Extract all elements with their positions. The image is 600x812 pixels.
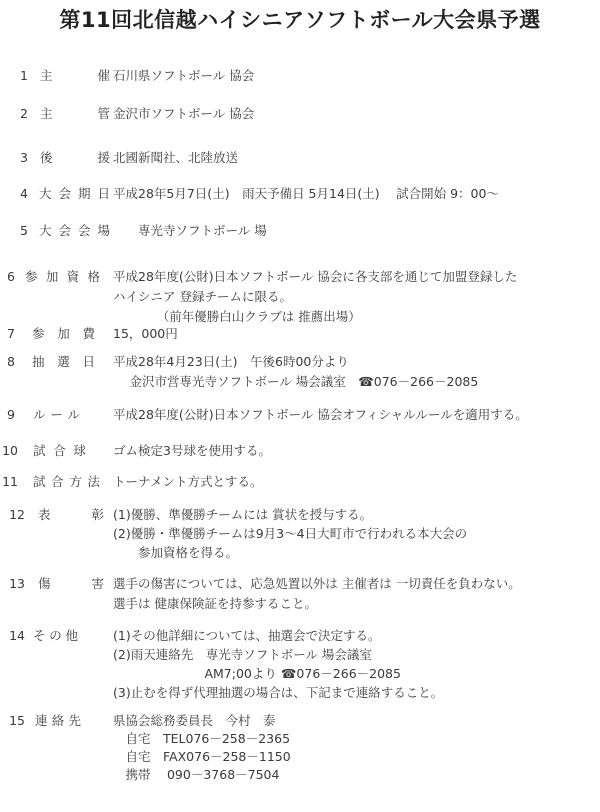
item-label: 参加費 xyxy=(32,324,95,343)
document-page: 第11回北信越ハイシニアソフトボール大会県予選 1 主催 石川県ソフトボール 協… xyxy=(0,0,600,812)
item-label: 連絡先 xyxy=(35,712,81,730)
item-label: 表彰 xyxy=(38,505,104,524)
item-content-line: 専光寺ソフトボール 場 xyxy=(113,221,600,240)
item-content-line: 平成28年5月7日(土) 雨天予備日 5月14日(土) 試合開始 9：00～ xyxy=(113,184,600,203)
item-label: 主催 xyxy=(40,66,110,85)
item-number: 3 xyxy=(0,148,28,167)
item-label: その他 xyxy=(33,626,78,645)
item-row-shiai-hoho: 11 試合方法 トーナメント方式とする。 xyxy=(0,472,600,491)
item-label: 参加資格 xyxy=(25,267,100,287)
item-number: 14 xyxy=(0,626,25,645)
document-title: 第11回北信越ハイシニアソフトボール大会県予選 xyxy=(0,4,600,34)
item-label: 後援 xyxy=(40,148,110,167)
item-number: 13 xyxy=(0,574,25,594)
item-row-shiaikyu: 10 試合球 ゴム検定3号球を使用する。 xyxy=(0,441,600,460)
item-row-chusenbi: 8 抽選日 平成28年4月23日(土) 午後6時00分より 金沢市営専光寺ソフト… xyxy=(0,352,600,392)
item-content-line: (1)その他詳細については、抽選会で決定する。 xyxy=(113,626,600,645)
item-row-rule: 9 ルール 平成28年度(公財)日本ソフトボール 協会オフィシャルルールを適用す… xyxy=(0,405,600,424)
item-content-line: AM7;00より ☎076－266－2085 xyxy=(113,664,600,683)
item-row-koen: 3 後援 北國新聞社、北陸放送 xyxy=(0,148,600,167)
item-content-line: 平成28年4月23日(土) 午後6時00分より xyxy=(113,352,600,372)
item-content-line: 選手は 健康保険証を持参すること。 xyxy=(113,594,600,614)
item-row-sonota: 14 その他 (1)その他詳細については、抽選会で決定する。 (2)雨天連絡先 … xyxy=(0,626,600,702)
item-number: 11 xyxy=(0,472,18,491)
item-label: ルール xyxy=(33,405,80,424)
item-content-line: 石川県ソフトボール 協会 xyxy=(113,66,600,85)
item-content-line: 携帯 090－3768－7504 xyxy=(113,766,600,784)
item-row-sanka-shikaku: 6 参加資格 平成28年度(公財)日本ソフトボール 協会に各支部を通じて加盟登録… xyxy=(0,267,600,327)
item-number: 15 xyxy=(0,712,25,730)
item-label: 試合球 xyxy=(33,441,86,460)
item-content-line: 平成28年度(公財)日本ソフトボール 協会オフィシャルルールを適用する。 xyxy=(113,405,600,424)
item-number: 8 xyxy=(0,352,15,372)
item-row-hyosho: 12 表彰 (1)優勝、準優勝チームには 賞状を授与する。 (2)優勝・準優勝チ… xyxy=(0,505,600,562)
item-label: 大会会場 xyxy=(39,221,110,240)
item-label: 主管 xyxy=(40,104,110,123)
item-row-renrakusaki: 15 連絡先 県協会総務委員長 今村 泰 自宅 TEL076－258－2365 … xyxy=(0,712,600,784)
item-content-line: 自宅 FAX076－258－1150 xyxy=(113,748,600,766)
item-label: 抽選日 xyxy=(32,352,95,372)
item-label: 傷害 xyxy=(38,574,104,594)
item-content-line: (2)優勝・準優勝チームは9月3～4日大町市で行われる本大会の xyxy=(113,524,600,543)
item-content-line: (2)雨天連絡先 専光寺ソフトボール 場会議室 xyxy=(113,645,600,664)
item-row-shusai: 1 主催 石川県ソフトボール 協会 xyxy=(0,66,600,85)
item-content-line: 金沢市営専光寺ソフトボール 場会議室 ☎076－266－2085 xyxy=(113,372,600,392)
item-content-line: 県協会総務委員長 今村 泰 xyxy=(113,712,600,730)
item-content-line: 自宅 TEL076－258－2365 xyxy=(113,730,600,748)
item-content-line: (3)止むを得ず代理抽選の場合は、下記まで連絡すること。 xyxy=(113,683,600,702)
item-content-line: ゴム検定3号球を使用する。 xyxy=(113,441,600,460)
item-number: 4 xyxy=(0,184,28,203)
item-row-shukan: 2 主管 金沢市ソフトボール 協会 xyxy=(0,104,600,123)
item-label: 大会期日 xyxy=(39,184,110,203)
item-number: 5 xyxy=(0,221,28,240)
item-number: 9 xyxy=(0,405,15,424)
item-number: 2 xyxy=(0,104,28,123)
item-row-sankahi: 7 参加費 15，000円 xyxy=(0,324,600,343)
item-number: 7 xyxy=(0,324,15,343)
item-number: 12 xyxy=(0,505,25,524)
item-row-shogai: 13 傷害 選手の傷害については、応急処置以外は 主催者は 一切責任を負わない。… xyxy=(0,574,600,614)
item-content-line: 金沢市ソフトボール 協会 xyxy=(113,104,600,123)
item-content-line: 15，000円 xyxy=(113,324,600,343)
item-number: 6 xyxy=(0,267,15,287)
item-number: 1 xyxy=(0,66,28,85)
item-content-line: 選手の傷害については、応急処置以外は 主催者は 一切責任を負わない。 xyxy=(113,574,600,594)
item-content-line: 北國新聞社、北陸放送 xyxy=(113,148,600,167)
item-content-line: 参加資格を得る。 xyxy=(113,543,600,562)
item-row-taikai-kaijo: 5 大会会場 専光寺ソフトボール 場 xyxy=(0,221,600,240)
item-number: 10 xyxy=(0,441,18,460)
item-label: 試合方法 xyxy=(33,472,100,491)
item-row-taikai-kijitsu: 4 大会期日 平成28年5月7日(土) 雨天予備日 5月14日(土) 試合開始 … xyxy=(0,184,600,203)
item-content-line: トーナメント方式とする。 xyxy=(113,472,600,491)
item-content-line: ハイシニア 登録チームに限る。 xyxy=(113,287,600,307)
item-content-line: 平成28年度(公財)日本ソフトボール 協会に各支部を通じて加盟登録した xyxy=(113,267,600,287)
item-content-line: (1)優勝、準優勝チームには 賞状を授与する。 xyxy=(113,505,600,524)
